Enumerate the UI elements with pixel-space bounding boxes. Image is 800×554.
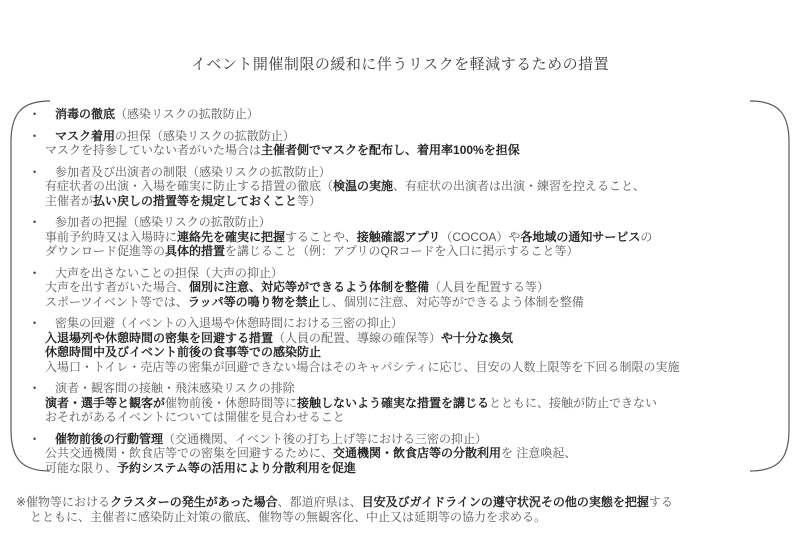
regular-text: （人員の配置、導線の確保等） (273, 331, 441, 345)
measure-detail-lines: 公共交通機関・飲食店等での密集を回避するために、交通機関・飲食店等の分散利用を … (30, 446, 776, 475)
emphasis-text: 接触確認アプリ (357, 230, 441, 244)
regular-text: 主催者が (45, 194, 93, 208)
emphasis-text: クラスターの発生があった場合 (110, 495, 278, 509)
measure-subline: 大声を出す者がいた場合、個別に注意、対応等ができるよう体制を整備（人員を配置する… (45, 280, 776, 295)
regular-text: ダウンロード促進等の (45, 244, 165, 258)
measure-heading-row: • 催物前後の行動管理（交通機関、イベント後の打ち上げ等における三密の抑止） (30, 432, 776, 447)
measure-subline: おそれがあるイベントについては開催を見合わせること (45, 410, 776, 425)
emphasis-text: 接触しないよう確実な措置を講じる (297, 396, 489, 410)
emphasis-text: 各地域の通知サービス (520, 230, 640, 244)
measure-item: • 消毒の徹底（感染リスクの拡散防止） (30, 107, 776, 122)
measure-subline: スポーツイベント等では、ラッパ等の鳴り物を禁止し、個別に注意、対応等ができるよう… (45, 295, 776, 310)
emphasis-text: 主催者側でマスクを配布し、着用率100%を担保 (261, 143, 520, 157)
measure-heading: 密集の回避（イベントの入退場や休憩時間における三密の抑止） (55, 316, 403, 331)
measure-subline: 事前予約時又は入場時に連絡先を確実に把握することや、接触確認アプリ（COCOA）… (45, 230, 776, 245)
bullet-icon: • (30, 316, 55, 331)
measure-heading: 消毒の徹底（感染リスクの拡散防止） (55, 107, 259, 122)
regular-text: する (649, 495, 673, 509)
measure-item: • 参加者の把握（感染リスクの拡散防止） 事前予約時又は入場時に連絡先を確実に把… (30, 215, 776, 259)
regular-text: とともに、主催者に感染防止対策の徹底、催物等の無観客化、中止又は延期等の協力を求… (30, 510, 546, 524)
regular-text: スポーツイベント等では、 (45, 295, 188, 309)
emphasis-text: 具体的措置 (165, 244, 225, 258)
measure-subline: 休憩時間中及びイベント前後の食事等での感染防止 (45, 345, 776, 360)
regular-text: を 注意喚起、 (501, 446, 576, 460)
measure-subline: 公共交通機関・飲食店等での密集を回避するために、交通機関・飲食店等の分散利用を … (45, 446, 776, 461)
measure-detail-lines: 入退場列や休憩時間の密集を回避する措置（人員の配置、導線の確保等）や十分な換気休… (30, 331, 776, 375)
regular-text: 事前予約時又は入場時に (45, 230, 177, 244)
measure-heading-row: • マスク着用の担保（感染リスクの拡散防止） (30, 129, 776, 144)
measure-detail-lines: 演者・選手等と観客が催物前後・休憩時間等に接触しないよう確実な措置を講じるととも… (30, 396, 776, 425)
measures-panel: • 消毒の徹底（感染リスクの拡散防止） • マスク着用の担保（感染リスクの拡散防… (10, 100, 790, 472)
emphasis-text: 目安及びガイドラインの遵守状況その他の実態を把握 (362, 495, 649, 509)
bullet-icon: • (30, 129, 55, 144)
regular-text: 有症状者の出演・入場を確実に防止する措置の徹底（ (45, 179, 333, 193)
measure-item: • 密集の回避（イベントの入退場や休憩時間における三密の抑止） 入退場列や休憩時… (30, 316, 776, 374)
measure-subline: 演者・選手等と観客が催物前後・休憩時間等に接触しないよう確実な措置を講じるととも… (45, 396, 776, 411)
bullet-icon: • (30, 215, 55, 230)
measure-heading: マスク着用の担保（感染リスクの拡散防止） (55, 129, 295, 144)
measure-detail-lines: 事前予約時又は入場時に連絡先を確実に把握することや、接触確認アプリ（COCOA）… (30, 230, 776, 259)
regular-text: の (640, 230, 652, 244)
emphasis-text: や十分な換気 (441, 331, 513, 345)
footnote: ※催物等におけるクラスターの発生があった場合、都道府県は、目安及びガイドラインの… (16, 495, 790, 524)
regular-text: の担保（感染リスクの拡散防止） (115, 129, 295, 143)
regular-text: とともに、接触が防止できない (489, 396, 657, 410)
measure-subline: 主催者が払い戻しの措置等を規定しておくこと等） (45, 194, 776, 209)
emphasis-text: 消毒の徹底 (55, 107, 115, 121)
measure-item: • マスク着用の担保（感染リスクの拡散防止） マスクを持参していない者がいた場合… (30, 129, 776, 158)
emphasis-text: マスク着用 (55, 129, 115, 143)
bullet-icon: • (30, 107, 55, 122)
regular-text: （人員を配置する等） (429, 280, 549, 294)
measure-item: • 大声を出さないことの担保（大声の抑止） 大声を出す者がいた場合、個別に注意、… (30, 266, 776, 310)
regular-text: を講じること（例：アプリのQRコードを入口に掲示すること等） (225, 244, 579, 258)
measure-heading: 催物前後の行動管理（交通機関、イベント後の打ち上げ等における三密の抑止） (55, 432, 487, 447)
measure-item: • 催物前後の行動管理（交通機関、イベント後の打ち上げ等における三密の抑止） 公… (30, 432, 776, 476)
measure-subline: 入場口・トイレ・売店等の密集が回避できない場合はそのキャパシティに応じ、目安の人… (45, 360, 776, 375)
bullet-icon: • (30, 165, 55, 180)
regular-text: 、有症状の出演者は出演・練習を控えること、 (393, 179, 645, 193)
measure-heading-row: • 演者・観客間の接触・飛沫感染リスクの排除 (30, 381, 776, 396)
footnote-line-2: とともに、主催者に感染防止対策の徹底、催物等の無観客化、中止又は延期等の協力を求… (16, 510, 790, 525)
measure-heading-row: • 参加者の把握（感染リスクの拡散防止） (30, 215, 776, 230)
regular-text: （COCOA）や (440, 230, 520, 244)
regular-text: 参加者及び出演者の制限（感染リスクの拡散防止） (55, 165, 331, 179)
bullet-icon: • (30, 381, 55, 396)
footnote-line-1: ※催物等におけるクラスターの発生があった場合、都道府県は、目安及びガイドラインの… (16, 495, 790, 510)
measures-list: • 消毒の徹底（感染リスクの拡散防止） • マスク着用の担保（感染リスクの拡散防… (30, 107, 776, 475)
regular-text: （交通機関、イベント後の打ち上げ等における三密の抑止） (163, 432, 487, 446)
measure-subline: 有症状者の出演・入場を確実に防止する措置の徹底（検温の実施、有症状の出演者は出演… (45, 179, 776, 194)
bullet-icon: • (30, 432, 55, 447)
measure-heading-row: • 大声を出さないことの担保（大声の抑止） (30, 266, 776, 281)
measure-subline: 入退場列や休憩時間の密集を回避する措置（人員の配置、導線の確保等）や十分な換気 (45, 331, 776, 346)
page-title: イベント開催制限の緩和に伴うリスクを軽減するための措置 (0, 53, 800, 74)
regular-text: おそれがあるイベントについては開催を見合わせること (45, 410, 345, 424)
emphasis-text: ラッパ等の鳴り物を禁止 (188, 295, 320, 309)
emphasis-text: 催物前後の行動管理 (55, 432, 163, 446)
measure-heading: 演者・観客間の接触・飛沫感染リスクの排除 (55, 381, 295, 396)
measure-subline: マスクを持参していない者がいた場合は主催者側でマスクを配布し、着用率100%を担… (45, 143, 776, 158)
emphasis-text: 予約システム等の活用により分散利用を促進 (117, 461, 356, 475)
regular-text: 可能な限り、 (45, 461, 117, 475)
measure-heading-row: • 消毒の徹底（感染リスクの拡散防止） (30, 107, 776, 122)
emphasis-text: 検温の実施 (333, 179, 393, 193)
emphasis-text: 連絡先を確実に把握 (177, 230, 285, 244)
emphasis-text: 払い戻しの措置等を規定しておくこと (93, 194, 297, 208)
slide: イベント開催制限の緩和に伴うリスクを軽減するための措置 • 消毒の徹底（感染リス… (0, 0, 800, 554)
emphasis-text: 個別に注意、対応等ができるよう体制を整備 (189, 280, 429, 294)
regular-text: 大声を出さないことの担保（大声の抑止） (55, 266, 283, 280)
regular-text: 大声を出す者がいた場合、 (45, 280, 189, 294)
regular-text: ※催物等における (16, 495, 110, 509)
regular-text: マスクを持参していない者がいた場合は (45, 143, 261, 157)
regular-text: （感染リスクの拡散防止） (115, 107, 259, 121)
measure-heading: 参加者の把握（感染リスクの拡散防止） (55, 215, 271, 230)
measure-detail-lines: 有症状者の出演・入場を確実に防止する措置の徹底（検温の実施、有症状の出演者は出演… (30, 179, 776, 208)
emphasis-text: 演者・選手等と観客が (45, 396, 165, 410)
measure-detail-lines: 大声を出す者がいた場合、個別に注意、対応等ができるよう体制を整備（人員を配置する… (30, 280, 776, 309)
regular-text: することや、 (285, 230, 357, 244)
regular-text: 、都道府県は、 (278, 495, 362, 509)
measure-item: • 演者・観客間の接触・飛沫感染リスクの排除 演者・選手等と観客が催物前後・休憩… (30, 381, 776, 425)
measure-heading: 大声を出さないことの担保（大声の抑止） (55, 266, 283, 281)
emphasis-text: 休憩時間中及びイベント前後の食事等での感染防止 (45, 345, 321, 359)
regular-text: 公共交通機関・飲食店等での密集を回避するために、 (45, 446, 333, 460)
emphasis-text: 入退場列や休憩時間の密集を回避する措置 (45, 331, 273, 345)
regular-text: 等） (297, 194, 321, 208)
measure-heading: 参加者及び出演者の制限（感染リスクの拡散防止） (55, 165, 331, 180)
measure-detail-lines: マスクを持参していない者がいた場合は主催者側でマスクを配布し、着用率100%を担… (30, 143, 776, 158)
measure-heading-row: • 密集の回避（イベントの入退場や休憩時間における三密の抑止） (30, 316, 776, 331)
regular-text: 演者・観客間の接触・飛沫感染リスクの排除 (55, 381, 295, 395)
regular-text: 密集の回避（イベントの入退場や休憩時間における三密の抑止） (55, 316, 403, 330)
regular-text: 催物前後・休憩時間等に (165, 396, 297, 410)
regular-text: し、個別に注意、対応等ができるよう体制を整備 (320, 295, 584, 309)
emphasis-text: 交通機関・飲食店等の分散利用 (333, 446, 501, 460)
bullet-icon: • (30, 266, 55, 281)
regular-text: 参加者の把握（感染リスクの拡散防止） (55, 215, 271, 229)
measure-item: • 参加者及び出演者の制限（感染リスクの拡散防止） 有症状者の出演・入場を確実に… (30, 165, 776, 209)
measure-subline: ダウンロード促進等の具体的措置を講じること（例：アプリのQRコードを入口に掲示す… (45, 244, 776, 259)
measure-subline: 可能な限り、予約システム等の活用により分散利用を促進 (45, 461, 776, 476)
measure-heading-row: • 参加者及び出演者の制限（感染リスクの拡散防止） (30, 165, 776, 180)
regular-text: 入場口・トイレ・売店等の密集が回避できない場合はそのキャパシティに応じ、目安の人… (45, 360, 679, 374)
